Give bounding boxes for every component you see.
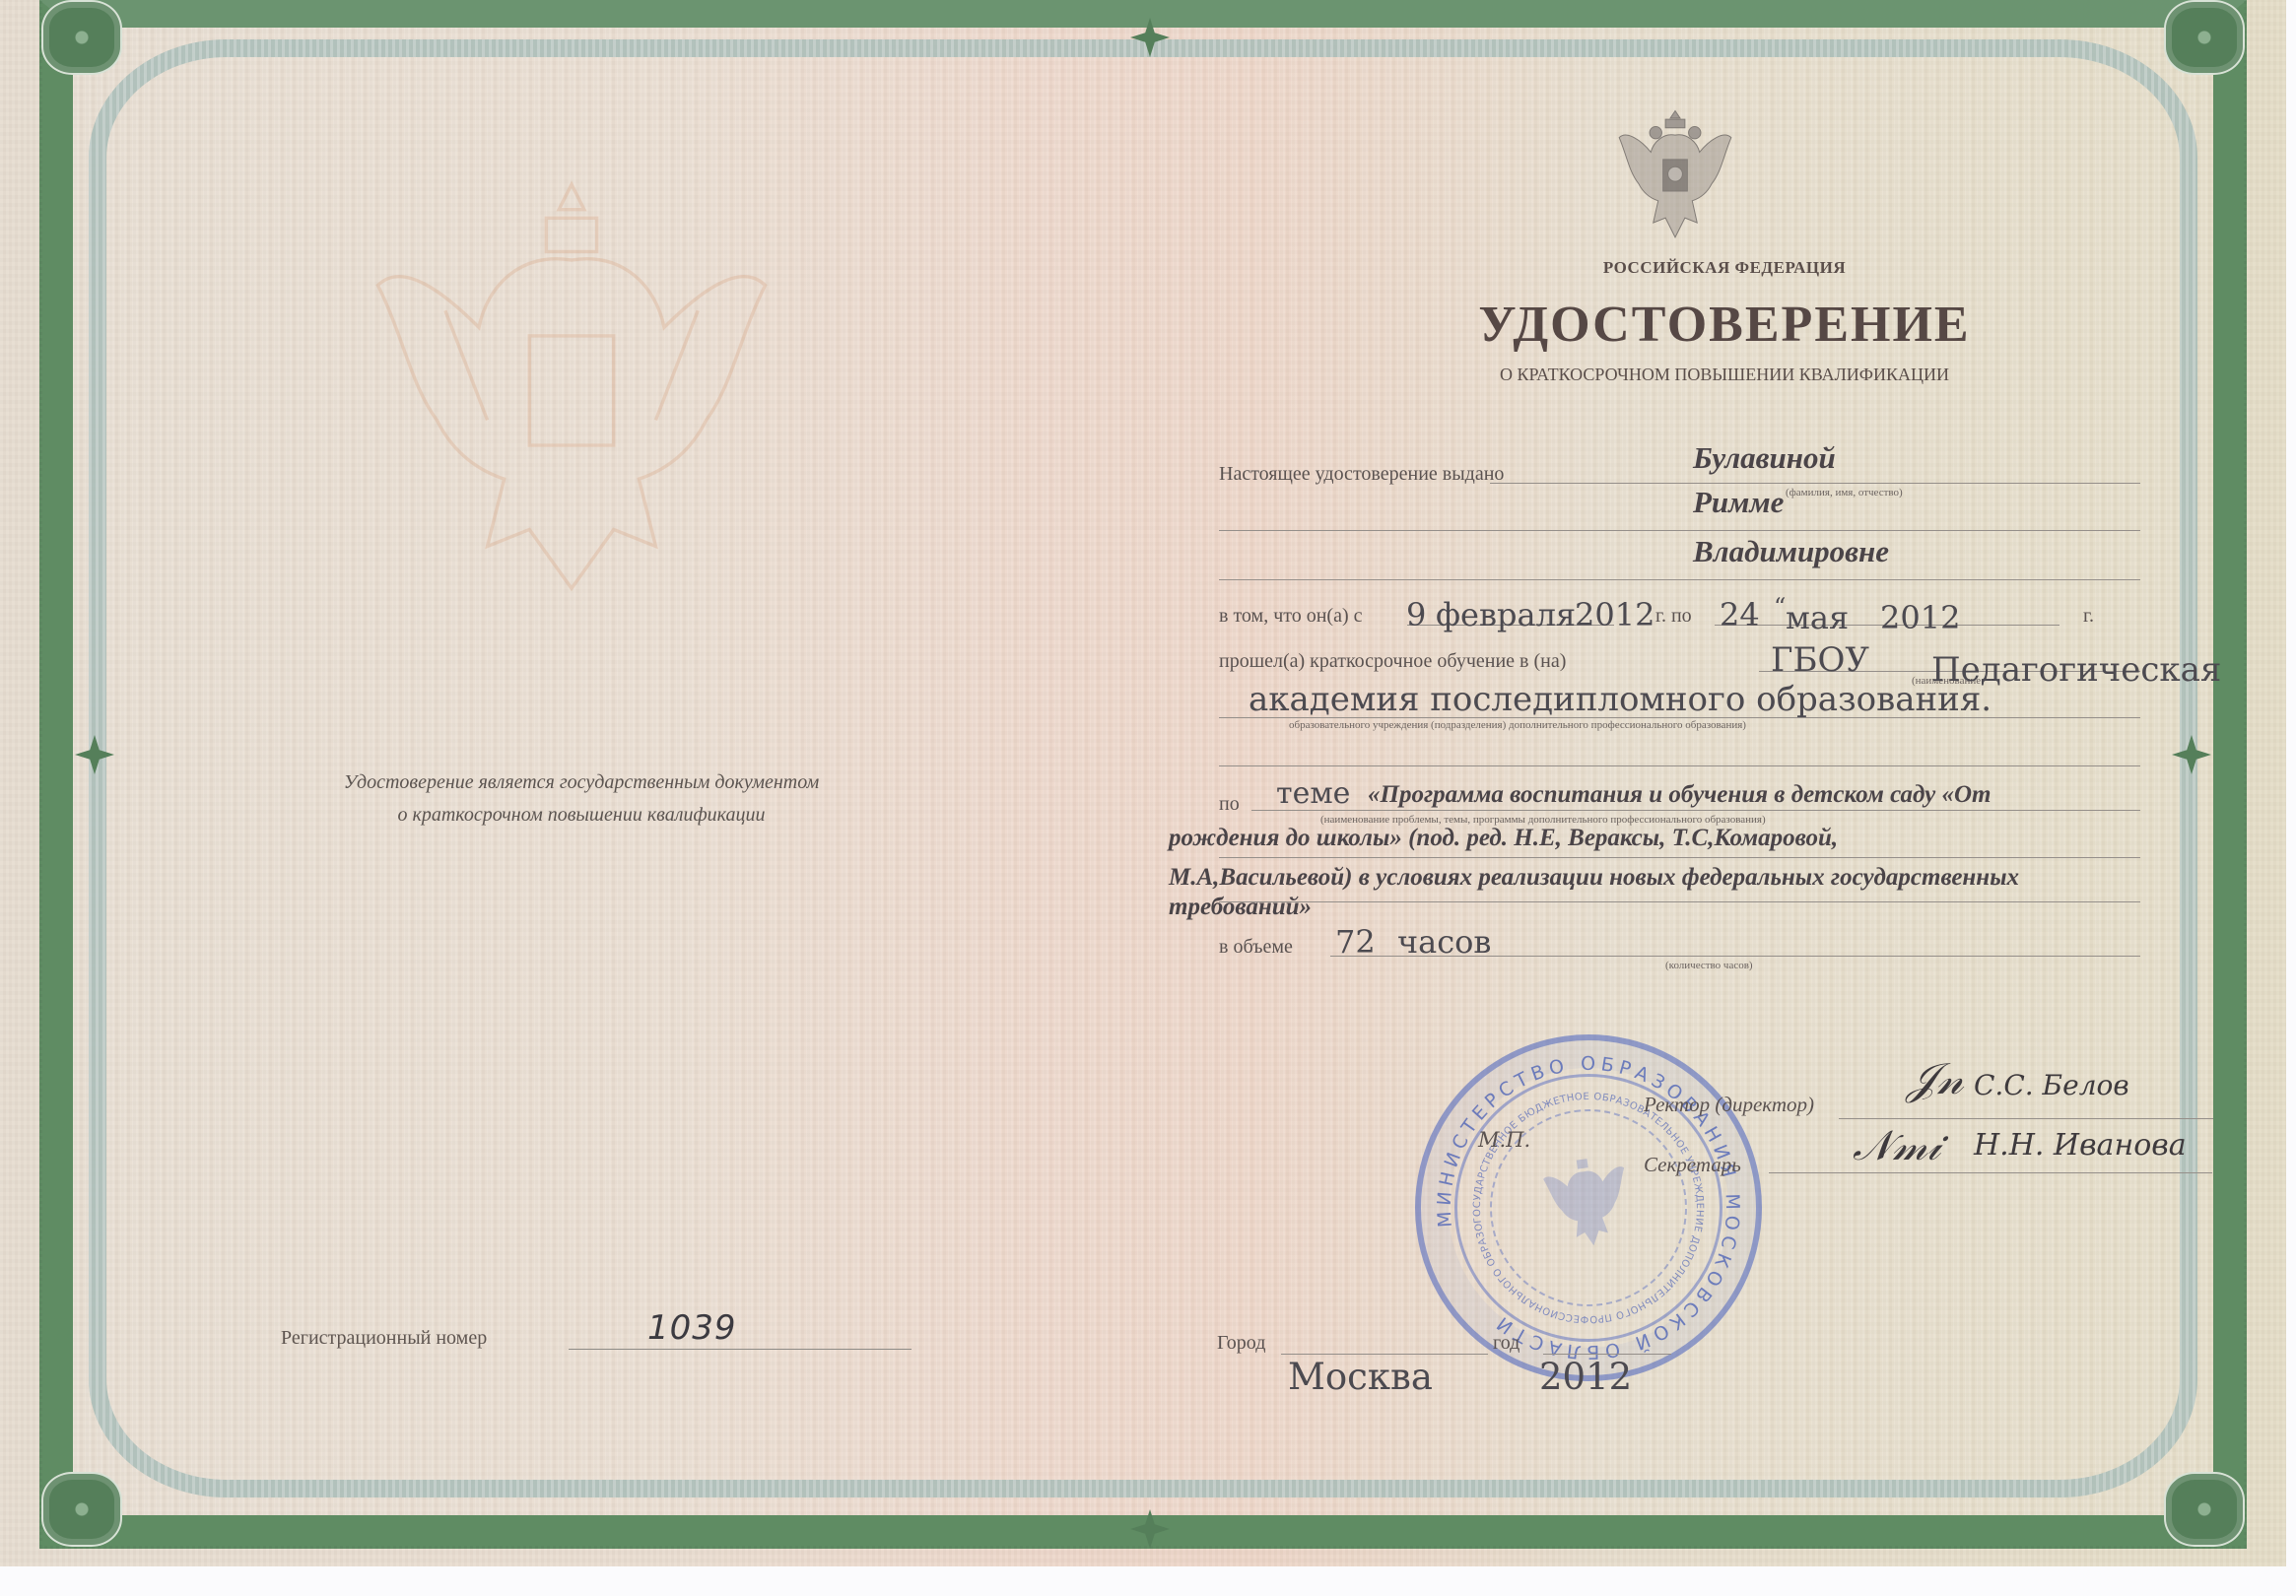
corner-ornament-icon xyxy=(41,0,122,75)
secretary-signature: Н.Н. Иванова xyxy=(1974,1128,2187,1163)
issued-to-line-1 xyxy=(1490,483,2140,484)
period-from-month: февраля xyxy=(1436,596,1576,633)
period-suffix: г. xyxy=(2083,605,2094,628)
registration-number-value: 1039 xyxy=(647,1308,737,1348)
svg-text:МИНИСТЕРСТВО ОБРАЗОВАНИЯ МОСКО: МИНИСТЕРСТВО ОБРАЗОВАНИЯ МОСКОВСКОЙ ОБЛА… xyxy=(1413,1032,1763,1382)
topic-line-2-text: рождения до школы» (под. ред. Н.Е, Верак… xyxy=(1169,825,1838,852)
corner-ornament-icon xyxy=(2164,0,2245,75)
rector-label: Ректор (директор) xyxy=(1644,1093,1814,1117)
secretary-scribble: 𝒩𝓂𝒾 xyxy=(1853,1121,1940,1170)
patronymic-value: Владимировне xyxy=(1693,534,1889,569)
rector-signature: С.С. Белов xyxy=(1974,1069,2129,1101)
seal-outer-text: МИНИСТЕРСТВО ОБРАЗОВАНИЯ МОСКОВСКОЙ ОБЛА… xyxy=(1413,1032,1763,1382)
topic-typed-word: теме xyxy=(1276,776,1350,811)
period-to-day: 24 xyxy=(1720,596,1760,633)
rector-signature-line xyxy=(1839,1118,2213,1119)
period-to-quote: “ xyxy=(1774,593,1786,621)
certificate-sheet: Удостоверение является государственным д… xyxy=(0,0,2286,1566)
period-from-day: 9 xyxy=(1406,596,1426,633)
first-name-value: Римме xyxy=(1693,485,1784,520)
corner-ornament-icon xyxy=(2164,1472,2245,1547)
topic-label: по xyxy=(1219,793,1240,816)
topic-line-2 xyxy=(1219,857,2140,858)
year-line xyxy=(1543,1354,1671,1355)
institution-caption-b: образовательного учреждения (подразделен… xyxy=(1289,719,1746,731)
topic-line-3 xyxy=(1219,901,2140,902)
issued-to-label: Настоящее удостоверение выдано xyxy=(1219,463,1504,486)
registration-number-label: Регистрационный номер xyxy=(281,1327,487,1350)
secretary-label: Секретарь xyxy=(1644,1153,1741,1177)
period-to-year: 2012 xyxy=(1880,599,1960,636)
period-to-month: мая xyxy=(1786,599,1849,636)
period-from-year: 2012 xyxy=(1575,596,1654,633)
volume-unit: часов xyxy=(1397,923,1491,961)
seal-label: М.П. xyxy=(1478,1128,1530,1152)
scan-margin xyxy=(0,1566,2296,1596)
registration-number-field: Регистрационный номер 1039 xyxy=(281,1316,912,1356)
seal-text-ring: МИНИСТЕРСТВО ОБРАЗОВАНИЯ МОСКОВСКОЙ ОБЛА… xyxy=(1399,1019,1778,1397)
institution-line-3 xyxy=(1219,765,2140,766)
volume-hours: 72 xyxy=(1335,923,1376,961)
legal-status-note: Удостоверение является государственным д… xyxy=(227,766,936,831)
issued-to-line-2 xyxy=(1219,530,2140,531)
document-subtitle: О КРАТКОСРОЧНОМ ПОВЫШЕНИИ КВАЛИФИКАЦИИ xyxy=(1281,365,2168,385)
topic-line-1 xyxy=(1251,810,2140,811)
volume-caption: (количество часов) xyxy=(1665,960,1753,971)
corner-ornament-icon xyxy=(41,1472,122,1547)
russian-coat-of-arms-icon xyxy=(1614,108,1736,248)
seal-coat-of-arms-icon xyxy=(1536,1143,1639,1262)
country-name: РОССИЙСКАЯ ФЕДЕРАЦИЯ xyxy=(1380,258,2069,278)
official-seal-stamp: МИНИСТЕРСТВО ОБРАЗОВАНИЯ МОСКОВСКОЙ ОБЛА… xyxy=(1392,1012,1785,1404)
volume-label: в объеме xyxy=(1219,936,1293,959)
topic-line-4-text: требований» xyxy=(1169,894,1312,921)
city-label: Город xyxy=(1217,1332,1265,1355)
city-value: Москва xyxy=(1288,1356,1433,1398)
note-line-1: Удостоверение является государственным д… xyxy=(227,766,936,799)
rector-scribble: 𝒥𝓃 xyxy=(1907,1054,1963,1104)
registration-number-line xyxy=(569,1349,912,1350)
institution-name-line-2: академия последипломного образования. xyxy=(1249,680,1992,719)
topic-line-3-text: М.А,Васильевой) в условиях реализации но… xyxy=(1169,864,2019,892)
year-label: год xyxy=(1493,1332,1519,1355)
coat-of-arms-watermark-icon xyxy=(355,167,788,631)
year-value: 2012 xyxy=(1539,1356,1632,1398)
period-mid: г. по xyxy=(1655,605,1692,628)
institution-name-part-1: ГБОУ xyxy=(1771,640,1869,680)
surname-value: Булавиной xyxy=(1693,440,1836,476)
institution-label: прошел(а) краткосрочное обучение в (на) xyxy=(1219,650,1566,673)
period-prefix: в том, что он(а) с xyxy=(1219,605,1363,628)
document-title: УДОСТОВЕРЕНИЕ xyxy=(1281,296,2168,354)
topic-line-1-text: «Программа воспитания и обучения в детск… xyxy=(1368,781,1991,809)
name-caption: (фамилия, имя, отчество) xyxy=(1786,487,1903,499)
secretary-signature-line xyxy=(1769,1172,2212,1173)
note-line-2: о краткосрочном повышении квалификации xyxy=(227,799,936,831)
issued-to-line-3 xyxy=(1219,579,2140,580)
city-line xyxy=(1281,1354,1488,1355)
